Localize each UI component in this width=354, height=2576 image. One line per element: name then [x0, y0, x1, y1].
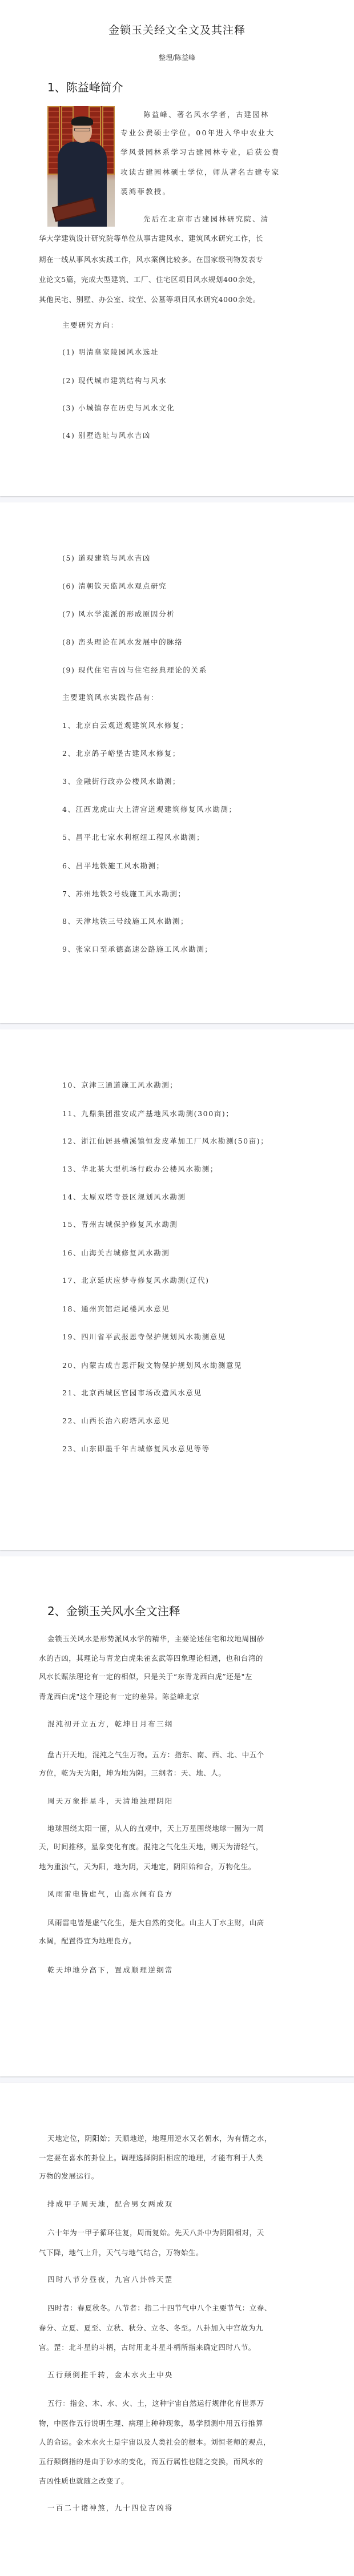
work-item: 5、昌平北七家水利枢纽工程风水勘测；	[62, 833, 204, 842]
research-direction-item: (5) 道观建筑与风水吉凶	[62, 554, 151, 563]
document-title: 金锁玉关经文全文及其注释	[0, 23, 354, 37]
research-direction-item: (8) 峦头理论在风水发展中的脉络	[62, 638, 183, 647]
research-direction-item: (4) 别墅选址与风水吉凶	[62, 431, 151, 440]
career-line: 华大学建筑设计研究院等单位从事古建风水、建筑风水研究工作，长	[39, 234, 256, 243]
verse-line: 一百二十诸神煞，九十四位吉凶将	[47, 2503, 174, 2513]
research-direction-item: (6) 清朝钦天监风水观点研究	[62, 582, 167, 591]
document-page-5: 天地定位，阴阳始；天顺地逆，地理用逆水又名朝水，为有情之水， 一定要在喜水的卦位…	[0, 2083, 354, 2576]
intro-line: 风水长赈法理论有一定的相似，只是关于“东青龙西白虎”还是"左	[39, 1672, 256, 1681]
annotation-line: 春分、立夏、夏至、立秋、秋分、立冬、冬至。八卦加入中宫故为九	[39, 2324, 256, 2333]
work-item: 22、山西长治六府塔风水意见	[62, 1416, 170, 1426]
document-page-4: 2、金锁玉关风水全文注释 金锁玉关风水是形势派风水学的精华，主要论述住宅和坟地周…	[0, 1556, 354, 2076]
research-direction-item: (9) 现代住宅吉凶与住宅经典理论的关系	[62, 666, 207, 675]
annotation-line: 吉凶性质也就随之改变了。	[39, 2477, 256, 2486]
work-item: 3、金融街行政办公楼风水勘测；	[62, 777, 180, 786]
career-line: 期在一线从事风水实践工作，风水案例比较多。在国家级刊物发表专	[39, 255, 256, 264]
annotation-line: 盘古开天地，混沌之气生万物。五方：指东、南、西、北、中五个	[47, 1750, 264, 1760]
work-item: 15、青州古城保护修复风水勘测	[62, 1220, 178, 1229]
verse-line: 风雨雷电皆虚气，山高水阔有良方	[47, 1890, 174, 1899]
section-heading-annotation: 2、金锁玉关风水全文注释	[47, 1604, 180, 1619]
author-photo	[47, 106, 115, 227]
annotation-line: 人的命运。金木水火土是宇宙以及人类社会的根本。刘恒老师的观点，	[39, 2438, 256, 2447]
career-line: 业论文5篇，完成大型建筑、工厂、住宅区项目风水规划400余处，	[39, 275, 256, 284]
document-page-3: 10、京津三通道施工风水勘测； 11、九鼎集团淮安成产基地风水勘测(300亩)；…	[0, 1029, 354, 1550]
intro-line: 水的吉凶，其理论与青龙白虎朱雀玄武等四象理论相通，也和台湾的	[39, 1654, 256, 1663]
annotation-line: 宫。罡：北斗星的斗柄，古时用北斗星斗柄所指来确定四时八节。	[39, 2343, 256, 2352]
document-byline: 整理/陈益峰	[0, 53, 354, 62]
annotation-line: 五行：指金、木、水、火、土，这种宇宙自然运行规律化育世界万	[47, 2399, 264, 2408]
research-direction-item: (2) 现代城市建筑结构与风水	[62, 376, 167, 385]
annotation-line: 地球围绕太阳一圈，从人的直观中，天上万星围绕地球一圈为一周	[47, 1824, 264, 1833]
work-item: 19、四川省平武报恩寺保护规划风水勘测意见	[62, 1333, 226, 1342]
annotation-line: 四时者：春夏秋冬。八节者：指二十四节气中八个主要节气：立春、	[47, 2304, 272, 2313]
intro-line: 青龙西白虎"这个理论有一定的差异。陈益峰北京	[39, 1692, 256, 1701]
work-item: 10、京津三通道施工风水勘测；	[62, 1081, 178, 1090]
bio-line: 裘鸿菲教授。	[120, 187, 171, 196]
works-label: 主要建筑风水实践作品有：	[62, 693, 159, 702]
intro-line: 金锁玉关风水是形势派风水学的精华，主要论述住宅和坟地周围砂	[47, 1635, 264, 1644]
work-item: 16、山海关古城修复风水勘测	[62, 1249, 170, 1258]
verse-line: 排成甲子周天地，配合男女两成双	[47, 2200, 174, 2209]
verse-line: 四时八节分昼夜，九宫八卦斡天罡	[47, 2275, 174, 2284]
annotation-line: 万物的发展运行。	[39, 2172, 256, 2181]
verse-line: 乾天坤地分高下，置成顺理逆纲常	[47, 1966, 174, 1975]
annotation-line: 天地定位，阴阳始；天顺地逆，地理用逆水又名朝水，为有情之水，	[47, 2134, 272, 2143]
annotation-line: 水阔，配置得宜为地理良方。	[39, 1937, 256, 1946]
verse-line: 五行颠倒推千转，金木水火土中央	[47, 2370, 174, 2380]
work-item: 6、昌平地铁施工风水勘测；	[62, 862, 164, 871]
annotation-line: 气下降，地气上升，天气与地气结合，万物始生。	[39, 2248, 256, 2257]
annotation-line: 物，中医作五行说明生理、病理上种种现象，易学预测中用五行推算	[39, 2419, 256, 2428]
annotation-line: 六十年为一甲子循环往复，周而复始。先天八卦中为阴阳相对，天	[47, 2228, 264, 2237]
work-item: 1、北京白云观道观建筑风水修复；	[62, 721, 188, 730]
work-item: 20、内蒙古成吉思汗陵文物保护规划风水勘测意见	[62, 1361, 242, 1370]
work-item: 14、太原双塔寺景区规划风水勘测	[62, 1193, 186, 1202]
work-item: 4、江西龙虎山大上清宫道观建筑修复风水勘测；	[62, 805, 237, 814]
bio-line: 学风景园林系学习古建园林专业，后获公费	[120, 148, 280, 157]
work-item: 9、张家口至承德高速公路施工风水勘测；	[62, 945, 212, 954]
research-direction-item: (1) 明清皇家陵园风水选址	[62, 348, 159, 357]
annotation-line: 风雨雷电皆是虚气化生，是大自然的变化。山主人丁水主财，山高	[47, 1918, 264, 1927]
annotation-line: 地为重浊气，天为阳，地为阴，天地定，阴阳始和合，万物化生。	[39, 1862, 256, 1871]
work-item: 23、山东即墨千年古城修复风水意见等等	[62, 1444, 210, 1454]
annotation-line: 一定要在喜水的卦位上。调理选择阴阳相应的地理，才能有利于人类	[39, 2154, 256, 2163]
annotation-line: 五行颠倒指的是由于砂水的变化，而五行属性也随之变换，而风水的	[39, 2457, 256, 2466]
work-item: 12、浙江仙居县横溪镇恒发皮革加工厂风水勘测(50亩)；	[62, 1137, 268, 1146]
research-direction-item: (7) 风水学流派的形成原因分析	[62, 610, 175, 619]
verse-line: 混沌初开立五方，乾坤日月布三纲	[47, 1720, 174, 1729]
annotation-line: 方位，乾为天为阳，坤为地为阴。三纲者：天、地、人。	[39, 1769, 256, 1778]
bio-line: 专业公费硕士学位。00年进入华中农业大	[120, 128, 275, 138]
bio-line: 陈益峰、著名风水学者，古建园林	[143, 110, 269, 119]
research-direction-item: (3) 小城镇存在历史与风水文化	[62, 404, 175, 413]
work-item: 11、九鼎集团淮安成产基地风水勘测(300亩)；	[62, 1109, 234, 1118]
career-line: 其他民宅、别墅、办公室、坟茔、公墓等项目风水研究4000余处。	[39, 295, 256, 304]
document-page-2: (5) 道观建筑与风水吉凶 (6) 清朝钦天监风水观点研究 (7) 风水学流派的…	[0, 502, 354, 1023]
bio-line: 攻读古建园林硕士学位，师从著名古建专家	[120, 168, 280, 177]
research-label: 主要研究方向：	[62, 321, 119, 330]
section-heading-biography: 1、陈益峰简介	[47, 80, 123, 95]
work-item: 2、北京鸽子峪堡古建风水修复；	[62, 749, 180, 758]
career-line: 先后在北京市古建园林研究院、清	[143, 215, 269, 224]
work-item: 13、华北某大型机场行政办公楼风水勘测；	[62, 1165, 218, 1174]
work-item: 18、通州宾馆烂尾楼风水意见	[62, 1305, 170, 1314]
work-item: 21、北京西城区官园市场改造风水意见	[62, 1388, 202, 1398]
work-item: 17、北京延庆应梦寺修复风水勘测(辽代)	[62, 1276, 210, 1285]
annotation-line: 天，时间推移，星象变化有度。混沌之气化生天地，则天为清轻气，	[39, 1842, 256, 1851]
work-item: 7、苏州地铁2号线施工风水勘测；	[62, 889, 186, 899]
verse-line: 周天万象排星斗，天清地浊理阴阳	[47, 1797, 174, 1806]
work-item: 8、天津地铁三号线施工风水勘测；	[62, 917, 188, 926]
document-page-1: 金锁玉关经文全文及其注释 整理/陈益峰 1、陈益峰简介 陈益峰、著名风水学者，古…	[0, 0, 354, 496]
